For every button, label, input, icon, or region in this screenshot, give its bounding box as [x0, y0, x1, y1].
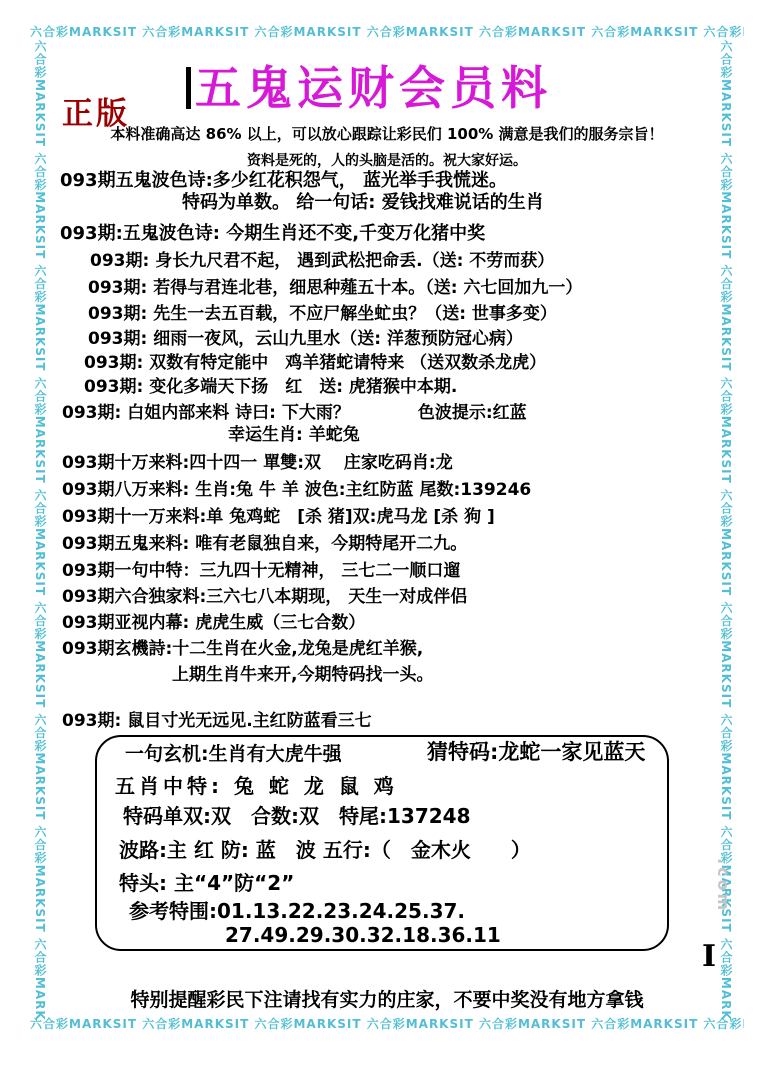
tip-line-80k: 093期八万来料: 生肖:兔 牛 羊 波色:主红防蓝 尾数:139246 — [62, 479, 531, 501]
tip-line-wave-poem: 093期五鬼波色诗:多少红花积怨气， 蓝光举手我慌迷。 — [60, 170, 507, 192]
page-title-wrap: 五鬼运财会员料 — [186, 62, 552, 114]
box-five-zodiac: 五肖中特: 兔 蛇 龙 鼠 鸡 — [115, 773, 398, 799]
box-mystery-line: 一句玄机:生肖有大虎牛强 — [125, 741, 342, 767]
tip-line-zodiac-unchanged: 093期:五鬼波色诗: 今期生肖还不变,千变万化猪中奖 — [60, 223, 485, 245]
page-edge-mark: I — [702, 942, 716, 972]
tip-line-baijie: 093期: 白姐内部来料 诗曰: 下大雨？ 色波提示:红蓝 — [62, 402, 527, 424]
accuracy-subtitle: 本料准确高达 86% 以上，可以放心跟踪让彩民们 100% 满意是我们的服务宗旨… — [0, 123, 774, 144]
tip-line-poem-1: 093期: 身长九尺君不起， 遇到武松把命丢.（送: 不劳而获） — [90, 250, 554, 272]
tip-line-even-numbers: 093期: 双数有特定能中 鸡羊猪蛇请特来 （送双数杀龙虎） — [84, 352, 546, 374]
tip-line-change: 093期: 变化多端天下扬 红 送: 虎猪猴中本期. — [84, 376, 457, 398]
box-wave-path: 波路:主 红 防: 蓝 波 五行:（ 金木火 ） — [119, 837, 531, 863]
border-watermark-top: 六合彩MARKSIT 六合彩MARKSIT 六合彩MARKSIT 六合彩MARK… — [30, 24, 744, 41]
tip-line-wugui: 093期五鬼来料: 唯有老鼠独自来，今期特尾开二九。 — [62, 533, 467, 555]
goodluck-subtitle: 资料是死的，人的头脑是活的。祝大家好运。 — [0, 150, 774, 170]
tip-line-atv: 093期亚视内幕: 虎虎生威（三七合数） — [62, 612, 365, 634]
border-watermark-left: 六合彩MARKSIT 六合彩MARKSIT 六合彩MARKSIT 六合彩MARK… — [32, 40, 49, 1020]
tip-line-mouse: 093期: 鼠目寸光无远见.主红防蓝看三七 — [62, 710, 372, 732]
prediction-box: 一句玄机:生肖有大虎牛强 猜特码:龙蛇一家见蓝天 五肖中特: 兔 蛇 龙 鼠 鸡… — [95, 735, 669, 951]
tip-line-one-sentence: 093期一句中特：三九四十无精神， 三七二一顺口遛 — [62, 560, 460, 582]
page-title: 五鬼运财会员料 — [195, 62, 552, 114]
tip-line-exclusive: 093期六合独家料:三六七八本期现， 天生一对成伴侣 — [62, 586, 467, 608]
tip-line-poem-4: 093期: 细雨一夜风，云山九里水（送: 洋葱预防冠心病） — [88, 328, 523, 350]
box-ref-numbers-1: 参考特围:01.13.22.23.24.25.37. — [129, 898, 465, 924]
tip-line-poem-3: 093期: 先生一去五百载，不应尸解坐虻虫？（送: 世事多变） — [88, 303, 557, 325]
tip-line-mystic-poem-2: 上期生肖牛来开,今期特码找一头。 — [172, 664, 433, 686]
tip-line-mystic-poem: 093期玄機詩:十二生肖在火金,龙兔是虎红羊猴, — [62, 638, 423, 660]
footer-warning: 特别提醒彩民下注请找有实力的庄家，不要中奖没有地方拿钱 — [0, 985, 774, 1012]
box-ref-numbers-2: 27.49.29.30.32.18.36.11 — [225, 922, 501, 948]
box-guess-special: 猜特码:龙蛇一家见蓝天 — [427, 739, 645, 765]
title-bar-mark — [186, 67, 191, 109]
tip-line-lucky-zodiac: 幸运生肖: 羊蛇兔 — [228, 424, 360, 446]
tip-line-100k: 093期十万来料:四十四一 單雙:双 庄家吃码肖:龙 — [62, 452, 453, 474]
tip-line-poem-2: 093期: 若得与君连北巷，细思种薤五十本。（送: 六七回加九一） — [88, 277, 582, 299]
tip-line-special-odd: 特码为单数。 给一句话: 爱钱找难说话的生肖 — [182, 192, 544, 214]
box-special-head: 特头: 主“4”防“2” — [119, 870, 294, 896]
tip-line-110k: 093期十一万来料:单 兔鸡蛇 [杀 猪]双:虎马龙 [杀 狗 ] — [62, 506, 495, 528]
box-odd-even: 特码单双:双 合数:双 特尾:137248 — [123, 803, 471, 829]
border-watermark-bottom: 六合彩MARKSIT 六合彩MARKSIT 六合彩MARKSIT 六合彩MARK… — [30, 1016, 744, 1033]
leaflet-page: 六合彩MARKSIT 六合彩MARKSIT 六合彩MARKSIT 六合彩MARK… — [0, 0, 774, 1083]
com-watermark: .com — [714, 858, 733, 913]
